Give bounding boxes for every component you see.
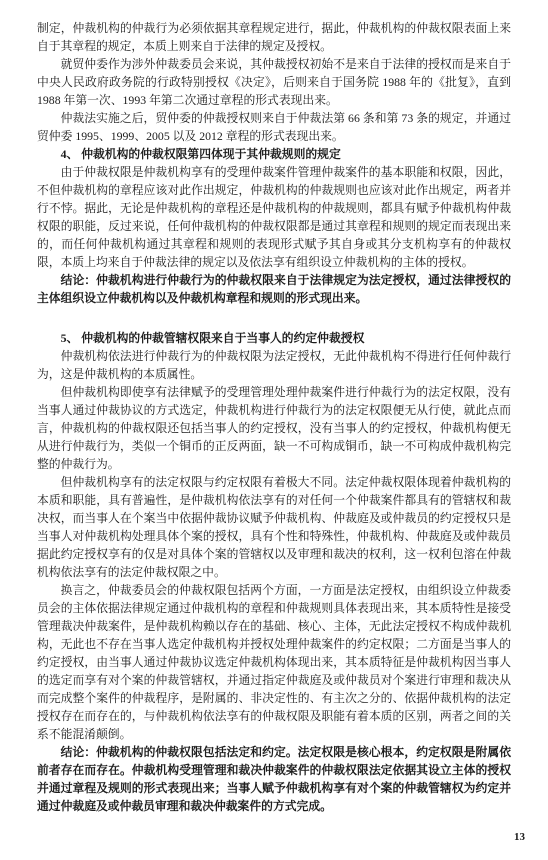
body-paragraph: 制定，仲裁机构的仲裁行为必须依据其章程规定进行，据此，仲裁机构的仲裁权限表面上来…: [37, 19, 511, 55]
body-paragraph: 仲裁法实施之后，贸仲委的仲裁授权则来自于仲裁法第 66 条和第 73 条的规定，…: [37, 109, 511, 145]
body-paragraph: 就贸仲委作为涉外仲裁委员会来说，其仲裁授权初始不是来自于法律的授权而是来自于中央…: [37, 55, 511, 109]
conclusion-paragraph: 结论：仲裁机构进行仲裁行为的仲裁权限来自于法律规定为法定授权，通过法律授权的主体…: [37, 271, 511, 307]
document-body: 制定，仲裁机构的仲裁行为必须依据其章程规定进行，据此，仲裁机构的仲裁权限表面上来…: [37, 19, 511, 815]
body-paragraph: 但仲裁机构享有的法定权限与约定权限有着极大不同。法定仲裁权限体现着仲裁机构的本质…: [37, 473, 511, 581]
body-paragraph: 由于仲裁权限是仲裁机构享有的受理仲裁案件管理仲裁案件的基本职能和权限，因此，不但…: [37, 163, 511, 271]
document-page: 制定，仲裁机构的仲裁行为必须依据其章程规定进行，据此，仲裁机构的仲裁权限表面上来…: [0, 0, 548, 860]
body-paragraph: 仲裁机构依法进行仲裁行为的仲裁权限为法定授权，无此仲裁机构不得进行任何仲裁行为，…: [37, 347, 511, 383]
body-paragraph: 换言之，仲裁委员会的仲裁权限包括两个方面，一方面是法定授权，由组织设立仲裁委员会…: [37, 581, 511, 743]
paragraph-spacer: [37, 307, 511, 329]
body-paragraph: 但仲裁机构即使享有法律赋予的受理管理处理仲裁案件进行仲裁行为的法定权限，没有当事…: [37, 383, 511, 473]
section-heading: 5、 仲裁机构的仲裁管辖权限来自于当事人的约定仲裁授权: [37, 329, 511, 347]
page-number: 13: [514, 831, 525, 843]
conclusion-paragraph: 结论：仲裁机构的仲裁权限包括法定和约定。法定权限是核心根本，约定权限是附属依前者…: [37, 743, 511, 815]
section-heading: 4、 仲裁机构的仲裁权限第四体现于其仲裁规则的规定: [37, 145, 511, 163]
